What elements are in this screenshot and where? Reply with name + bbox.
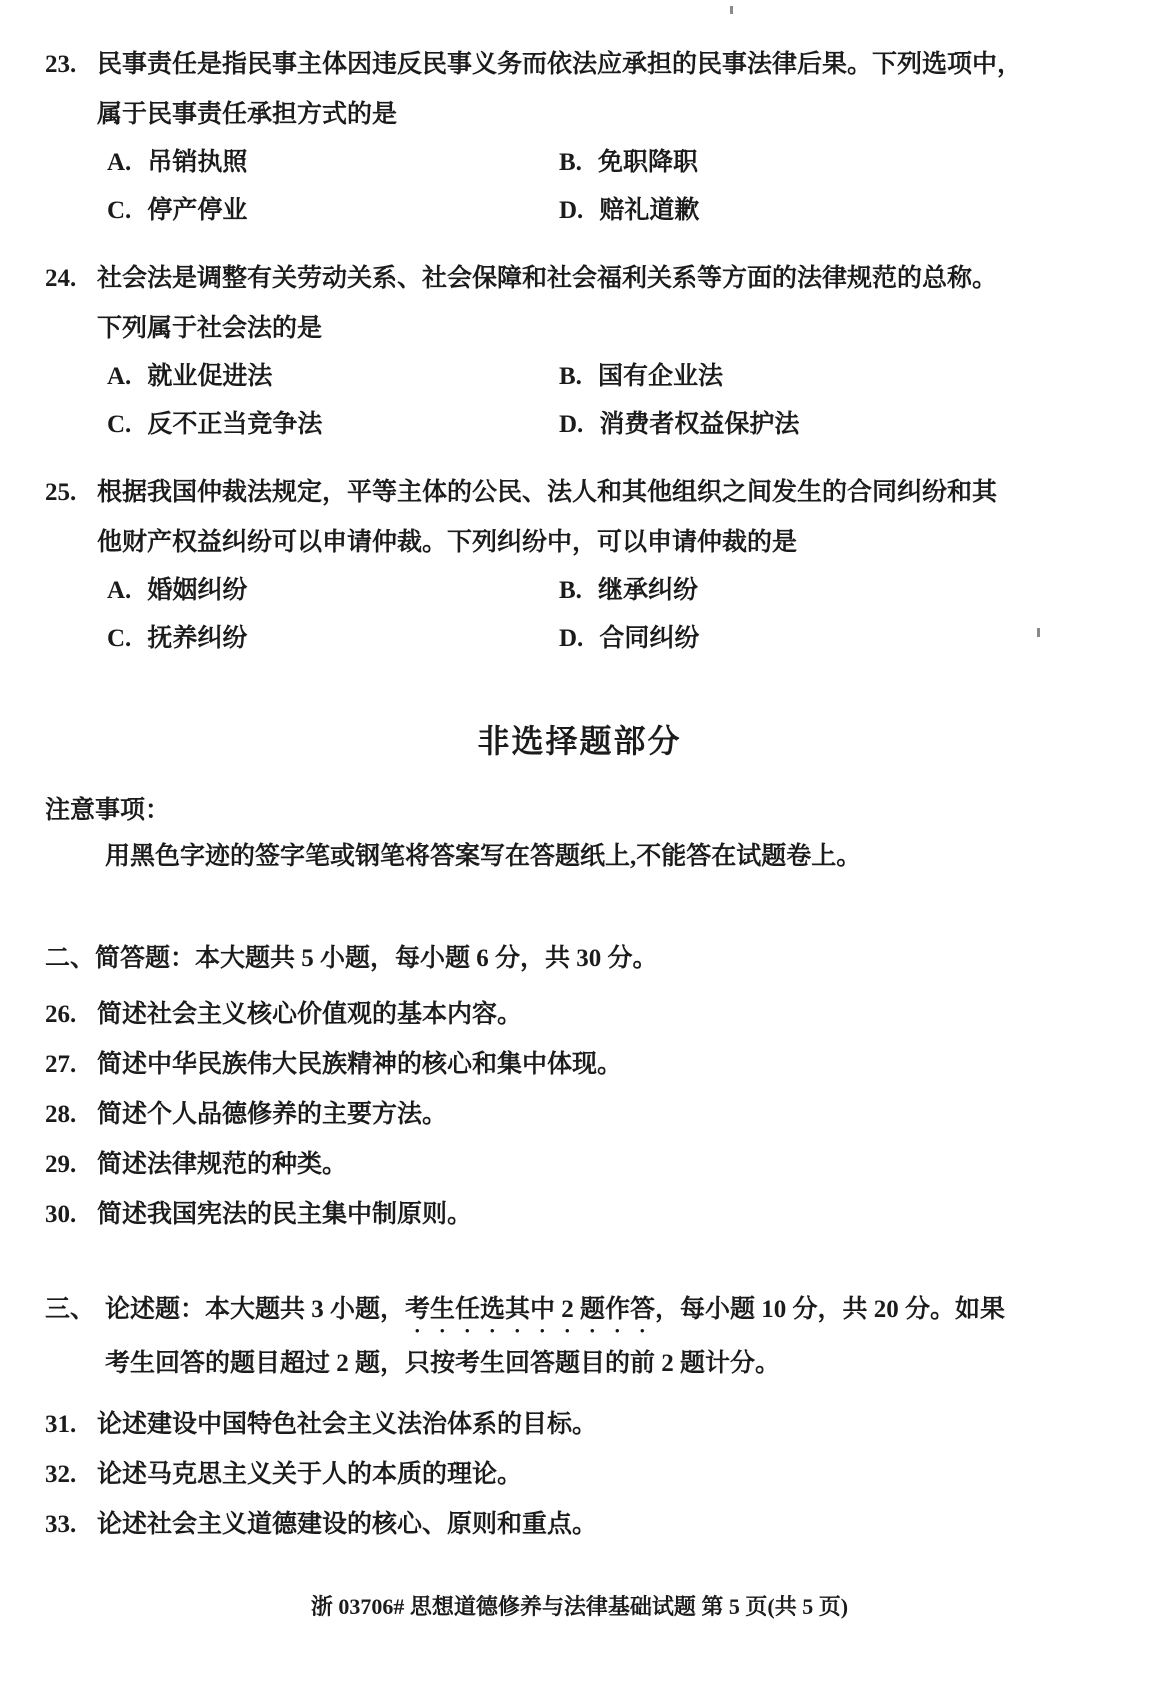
option-label: D. — [559, 197, 583, 224]
option-label: A. — [107, 577, 131, 604]
option-d: D.合同纠纷 — [559, 624, 1114, 654]
option-text: 抚养纠纷 — [147, 625, 247, 652]
question-text-line: 民事责任是指民事主体因违反民事义务而依法应承担的民事法律后果。下列选项中， — [97, 40, 1114, 90]
question-text: 论述马克思主义关于人的本质的理论。 — [97, 1460, 1114, 1490]
question-number: 26. — [45, 1000, 97, 1030]
question-26: 26. 简述社会主义核心价值观的基本内容。 — [45, 1000, 1114, 1030]
question-number: 33. — [45, 1510, 97, 1540]
scan-artifact — [730, 6, 733, 14]
essay-heading: 三、 论述题：本大题共 3 小题，考生任选其中 2 题作答，每小题 10 分，共… — [45, 1284, 1114, 1390]
option-label: C. — [107, 411, 131, 438]
option-a: A.就业促进法 — [107, 362, 559, 392]
question-text-line: 他财产权益纠纷可以申请仲裁。下列纠纷中，可以申请仲裁的是 — [97, 518, 1114, 568]
question-text-line: 属于民事责任承担方式的是 — [97, 90, 1114, 140]
question-23: 23. 民事责任是指民事主体因违反民事义务而依法应承担的民事法律后果。下列选项中… — [45, 40, 1114, 244]
question-text-line: 根据我国仲裁法规定，平等主体的公民、法人和其他组织之间发生的合同纠纷和其 — [97, 468, 1114, 518]
question-body: 民事责任是指民事主体因违反民事义务而依法应承担的民事法律后果。下列选项中， 属于… — [97, 40, 1114, 244]
option-text: 吊销执照 — [147, 149, 247, 176]
notice-title: 注意事项： — [45, 790, 1114, 832]
option-label: C. — [107, 625, 131, 652]
option-label: B. — [559, 577, 582, 604]
option-a: A.婚姻纠纷 — [107, 576, 559, 606]
option-label: D. — [559, 625, 583, 652]
question-30: 30. 简述我国宪法的民主集中制原则。 — [45, 1200, 1114, 1230]
question-27: 27. 简述中华民族伟大民族精神的核心和集中体现。 — [45, 1050, 1114, 1080]
option-c: C.抚养纠纷 — [107, 624, 559, 654]
option-label: B. — [559, 149, 582, 176]
option-d: D.赔礼道歉 — [559, 196, 1114, 226]
question-25: 25. 根据我国仲裁法规定，平等主体的公民、法人和其他组织之间发生的合同纠纷和其… — [45, 468, 1114, 672]
question-text: 论述社会主义道德建设的核心、原则和重点。 — [97, 1510, 1114, 1540]
option-text: 停产停业 — [147, 197, 247, 224]
option-text: 赔礼道歉 — [599, 197, 699, 224]
question-body: 社会法是调整有关劳动关系、社会保障和社会福利关系等方面的法律规范的总称。 下列属… — [97, 254, 1114, 458]
question-28: 28. 简述个人品德修养的主要方法。 — [45, 1100, 1114, 1130]
option-text: 消费者权益保护法 — [599, 411, 799, 438]
options-grid: A.就业促进法 B.国有企业法 C.反不正当竞争法 D.消费者权益保护法 — [107, 362, 1114, 458]
exam-page: 23. 民事责任是指民事主体因违反民事义务而依法应承担的民事法律后果。下列选项中… — [0, 0, 1159, 1707]
option-c: C.反不正当竞争法 — [107, 410, 559, 440]
question-33: 33. 论述社会主义道德建设的核心、原则和重点。 — [45, 1510, 1114, 1540]
question-24: 24. 社会法是调整有关劳动关系、社会保障和社会福利关系等方面的法律规范的总称。… — [45, 254, 1114, 458]
heading-text: ，每小题 10 分，共 20 分。如果 — [655, 1296, 1005, 1323]
question-text-line: 下列属于社会法的是 — [97, 304, 1114, 354]
question-number: 31. — [45, 1410, 97, 1440]
option-label: B. — [559, 363, 582, 390]
essay-heading-line-1: 论述题：本大题共 3 小题，考生任选其中 2 题作答，每小题 10 分，共 20… — [105, 1284, 1114, 1338]
options-grid: A.婚姻纠纷 B.继承纠纷 C.抚养纠纷 D.合同纠纷 — [107, 576, 1114, 672]
question-number: 28. — [45, 1100, 97, 1130]
question-number: 25. — [45, 468, 97, 672]
short-answer-heading: 二、简答题：本大题共 5 小题，每小题 6 分，共 30 分。 — [45, 938, 1114, 980]
essay-heading-line-2: 考生回答的题目超过 2 题，只按考生回答题目的前 2 题计分。 — [105, 1338, 1114, 1390]
page-footer: 浙 03706# 思想道德修养与法律基础试题 第 5 页(共 5 页) — [45, 1592, 1114, 1622]
question-text: 论述建设中国特色社会主义法治体系的目标。 — [97, 1410, 1114, 1440]
option-label: A. — [107, 363, 131, 390]
question-29: 29. 简述法律规范的种类。 — [45, 1150, 1114, 1180]
question-number: 30. — [45, 1200, 97, 1230]
option-label: D. — [559, 411, 583, 438]
option-label: A. — [107, 149, 131, 176]
option-b: B.免职降职 — [559, 148, 1114, 178]
option-label: C. — [107, 197, 131, 224]
notice-body: 用黑色字迹的签字笔或钢笔将答案写在答题纸上,不能答在试题卷上。 — [105, 832, 1114, 882]
question-32: 32. 论述马克思主义关于人的本质的理论。 — [45, 1460, 1114, 1490]
emphasis-dots-text: 考生任选其中 2 题作答 — [405, 1296, 655, 1323]
question-text: 简述社会主义核心价值观的基本内容。 — [97, 1000, 1114, 1030]
option-text: 婚姻纠纷 — [147, 577, 247, 604]
option-text: 继承纠纷 — [598, 577, 698, 604]
question-text: 简述个人品德修养的主要方法。 — [97, 1100, 1114, 1130]
question-text: 简述中华民族伟大民族精神的核心和集中体现。 — [97, 1050, 1114, 1080]
question-number: 23. — [45, 40, 97, 244]
option-text: 国有企业法 — [598, 363, 723, 390]
section-divider-title: 非选择题部分 — [45, 718, 1114, 764]
option-a: A.吊销执照 — [107, 148, 559, 178]
option-text: 就业促进法 — [147, 363, 272, 390]
question-number: 27. — [45, 1050, 97, 1080]
question-number: 32. — [45, 1460, 97, 1490]
heading-text: 论述题：本大题共 3 小题， — [105, 1296, 405, 1323]
option-b: B.继承纠纷 — [559, 576, 1114, 606]
question-text: 简述我国宪法的民主集中制原则。 — [97, 1200, 1114, 1230]
scan-artifact — [1037, 628, 1040, 637]
question-text-line: 社会法是调整有关劳动关系、社会保障和社会福利关系等方面的法律规范的总称。 — [97, 254, 1114, 304]
option-c: C.停产停业 — [107, 196, 559, 226]
option-text: 合同纠纷 — [599, 625, 699, 652]
option-d: D.消费者权益保护法 — [559, 410, 1114, 440]
option-b: B.国有企业法 — [559, 362, 1114, 392]
essay-heading-lines: 论述题：本大题共 3 小题，考生任选其中 2 题作答，每小题 10 分，共 20… — [105, 1284, 1114, 1390]
option-text: 反不正当竞争法 — [147, 411, 322, 438]
question-number: 29. — [45, 1150, 97, 1180]
question-31: 31. 论述建设中国特色社会主义法治体系的目标。 — [45, 1410, 1114, 1440]
options-grid: A.吊销执照 B.免职降职 C.停产停业 D.赔礼道歉 — [107, 148, 1114, 244]
question-number: 24. — [45, 254, 97, 458]
question-text: 简述法律规范的种类。 — [97, 1150, 1114, 1180]
essay-section-label: 三、 — [45, 1284, 105, 1390]
question-body: 根据我国仲裁法规定，平等主体的公民、法人和其他组织之间发生的合同纠纷和其 他财产… — [97, 468, 1114, 672]
option-text: 免职降职 — [598, 149, 698, 176]
